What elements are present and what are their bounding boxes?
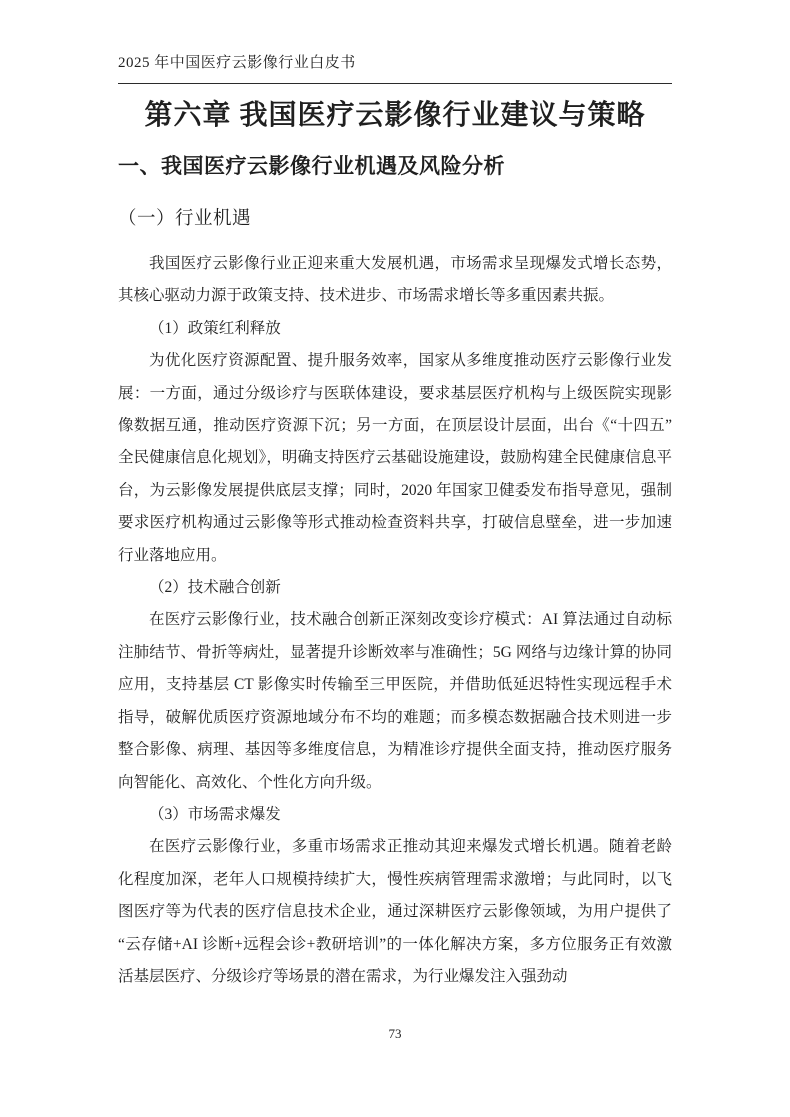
paragraph: （2）技术融合创新 xyxy=(118,572,672,604)
body-paragraphs: 我国医疗云影像行业正迎来重大发展机遇，市场需求呈现爆发式增长态势，其核心驱动力源… xyxy=(118,248,672,993)
subsection-heading: （一）行业机遇 xyxy=(118,204,672,230)
page-number: 73 xyxy=(0,1026,790,1042)
paragraph: （1）政策红利释放 xyxy=(118,313,672,345)
section-heading: 一、我国医疗云影像行业机遇及风险分析 xyxy=(118,150,672,180)
paragraph: （3）市场需求爆发 xyxy=(118,799,672,831)
paragraph: 我国医疗云影像行业正迎来重大发展机遇，市场需求呈现爆发式增长态势，其核心驱动力源… xyxy=(118,248,672,313)
paragraph: 在医疗云影像行业，技术融合创新正深刻改变诊疗模式：AI 算法通过自动标注肺结节、… xyxy=(118,604,672,798)
document-page: 2025 年中国医疗云影像行业白皮书 第六章 我国医疗云影像行业建议与策略 一、… xyxy=(0,0,790,1117)
header-rule xyxy=(118,83,672,84)
paragraph: 为优化医疗资源配置、提升服务效率，国家从多维度推动医疗云影像行业发展：一方面，通… xyxy=(118,345,672,572)
paragraph: 在医疗云影像行业，多重市场需求正推动其迎来爆发式增长机遇。随着老龄化程度加深，老… xyxy=(118,831,672,993)
running-header: 2025 年中国医疗云影像行业白皮书 xyxy=(118,51,672,72)
chapter-title: 第六章 我国医疗云影像行业建议与策略 xyxy=(118,93,672,133)
